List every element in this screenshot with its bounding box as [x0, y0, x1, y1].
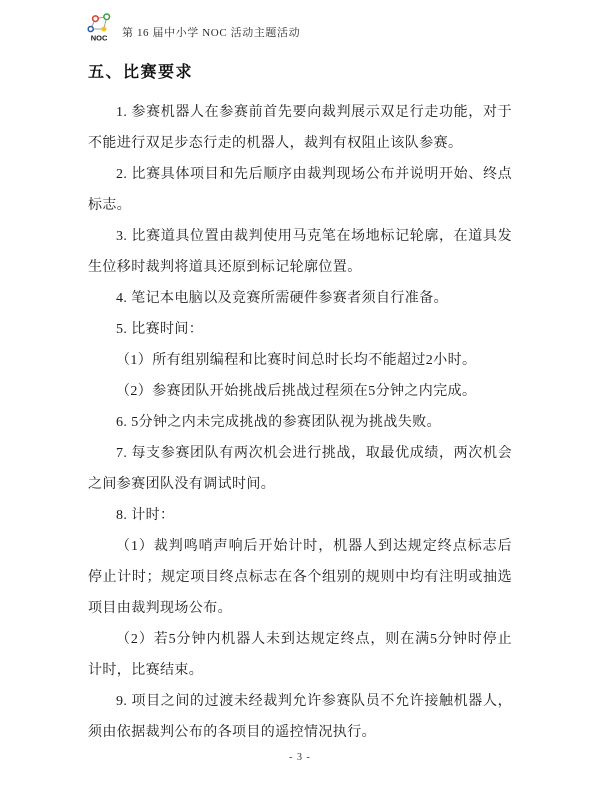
- para-rule-8-2: （2）若5分钟内机器人未到达规定终点，则在满5分钟时停止计时，比赛结束。: [88, 624, 512, 686]
- para-rule-2: 2. 比赛具体项目和先后顺序由裁判现场公布并说明开始、终点标志。: [88, 159, 512, 221]
- page-footer: - 3 -: [0, 752, 600, 763]
- noc-logo-icon: NOC: [86, 12, 118, 46]
- document-page: NOC 第 16 届中小学 NOC 活动主题活动 五、比赛要求 1. 参赛机器人…: [0, 0, 600, 808]
- para-rule-4: 4. 笔记本电脑以及竞赛所需硬件参赛者须自行准备。: [88, 283, 512, 314]
- para-rule-8-1: （1）裁判鸣哨声响后开始计时，机器人到达规定终点标志后停止计时；规定项目终点标志…: [88, 531, 512, 624]
- para-rule-5: 5. 比赛时间：: [88, 314, 512, 345]
- para-rule-3: 3. 比赛道具位置由裁判使用马克笔在场地标记轮廓，在道具发生位移时裁判将道具还原…: [88, 221, 512, 283]
- para-rule-1: 1. 参赛机器人在参赛前首先要向裁判展示双足行走功能，对于不能进行双足步态行走的…: [88, 97, 512, 159]
- para-rule-5-2: （2）参赛团队开始挑战后挑战过程须在5分钟之内完成。: [88, 376, 512, 407]
- para-rule-9: 9. 项目之间的过渡未经裁判允许参赛队员不允许接触机器人，须由依据裁判公布的各项…: [88, 686, 512, 748]
- header-title: 第 16 届中小学 NOC 活动主题活动: [122, 18, 300, 40]
- para-rule-8: 8. 计时：: [88, 500, 512, 531]
- document-body: 五、比赛要求 1. 参赛机器人在参赛前首先要向裁判展示双足行走功能，对于不能进行…: [88, 60, 512, 748]
- para-rule-5-1: （1）所有组别编程和比赛时间总时长均不能超过2小时。: [88, 345, 512, 376]
- page-number: - 3 -: [289, 752, 311, 763]
- para-rule-6: 6. 5分钟之内未完成挑战的参赛团队视为挑战失败。: [88, 407, 512, 438]
- para-rule-7: 7. 每支参赛团队有两次机会进行挑战，取最优成绩，两次机会之间参赛团队没有调试时…: [88, 438, 512, 500]
- page-header: NOC 第 16 届中小学 NOC 活动主题活动: [86, 12, 300, 46]
- logo-text: NOC: [91, 33, 108, 42]
- section-title: 五、比赛要求: [88, 60, 512, 86]
